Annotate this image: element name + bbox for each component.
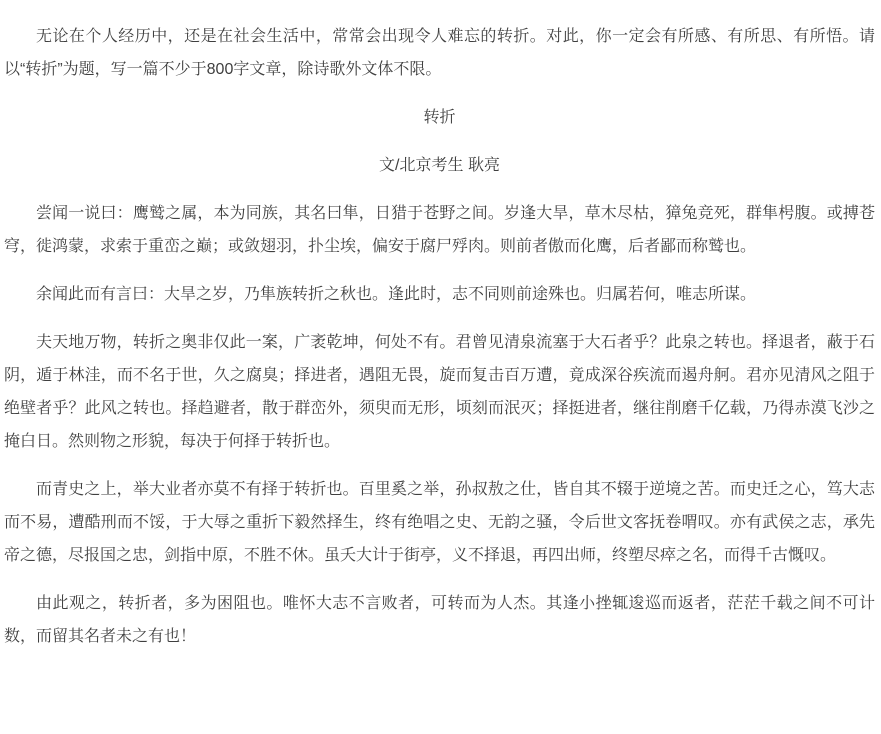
essay-byline: 文/北京考生 耿亮	[4, 149, 875, 182]
essay-paragraph-4: 而青史之上，举大业者亦莫不有择于转折也。百里奚之举，孙叔敖之仕，皆自其不辍于逆境…	[4, 473, 875, 572]
essay-paragraph-5: 由此观之，转折者，多为困阻也。唯怀大志不言败者，可转而为人杰。其逢小挫辄逡巡而返…	[4, 587, 875, 653]
essay-paragraph-2: 余闻此而有言曰：大旱之岁，乃隼族转折之秋也。逢此时，志不同则前途殊也。归属若何，…	[4, 278, 875, 311]
essay-paragraph-1: 尝闻一说曰：鹰鹫之属，本为同族，其名曰隼，日猎于苍野之间。岁逢大旱，草木尽枯，獐…	[4, 197, 875, 263]
essay-title: 转折	[4, 101, 875, 134]
essay-document: 无论在个人经历中，还是在社会生活中，常常会出现令人难忘的转折。对此，你一定会有所…	[0, 0, 881, 734]
essay-prompt: 无论在个人经历中，还是在社会生活中，常常会出现令人难忘的转折。对此，你一定会有所…	[4, 20, 875, 86]
essay-paragraph-3: 夫天地万物，转折之奥非仅此一案，广袤乾坤，何处不有。君曾见清泉流塞于大石者乎？此…	[4, 326, 875, 458]
